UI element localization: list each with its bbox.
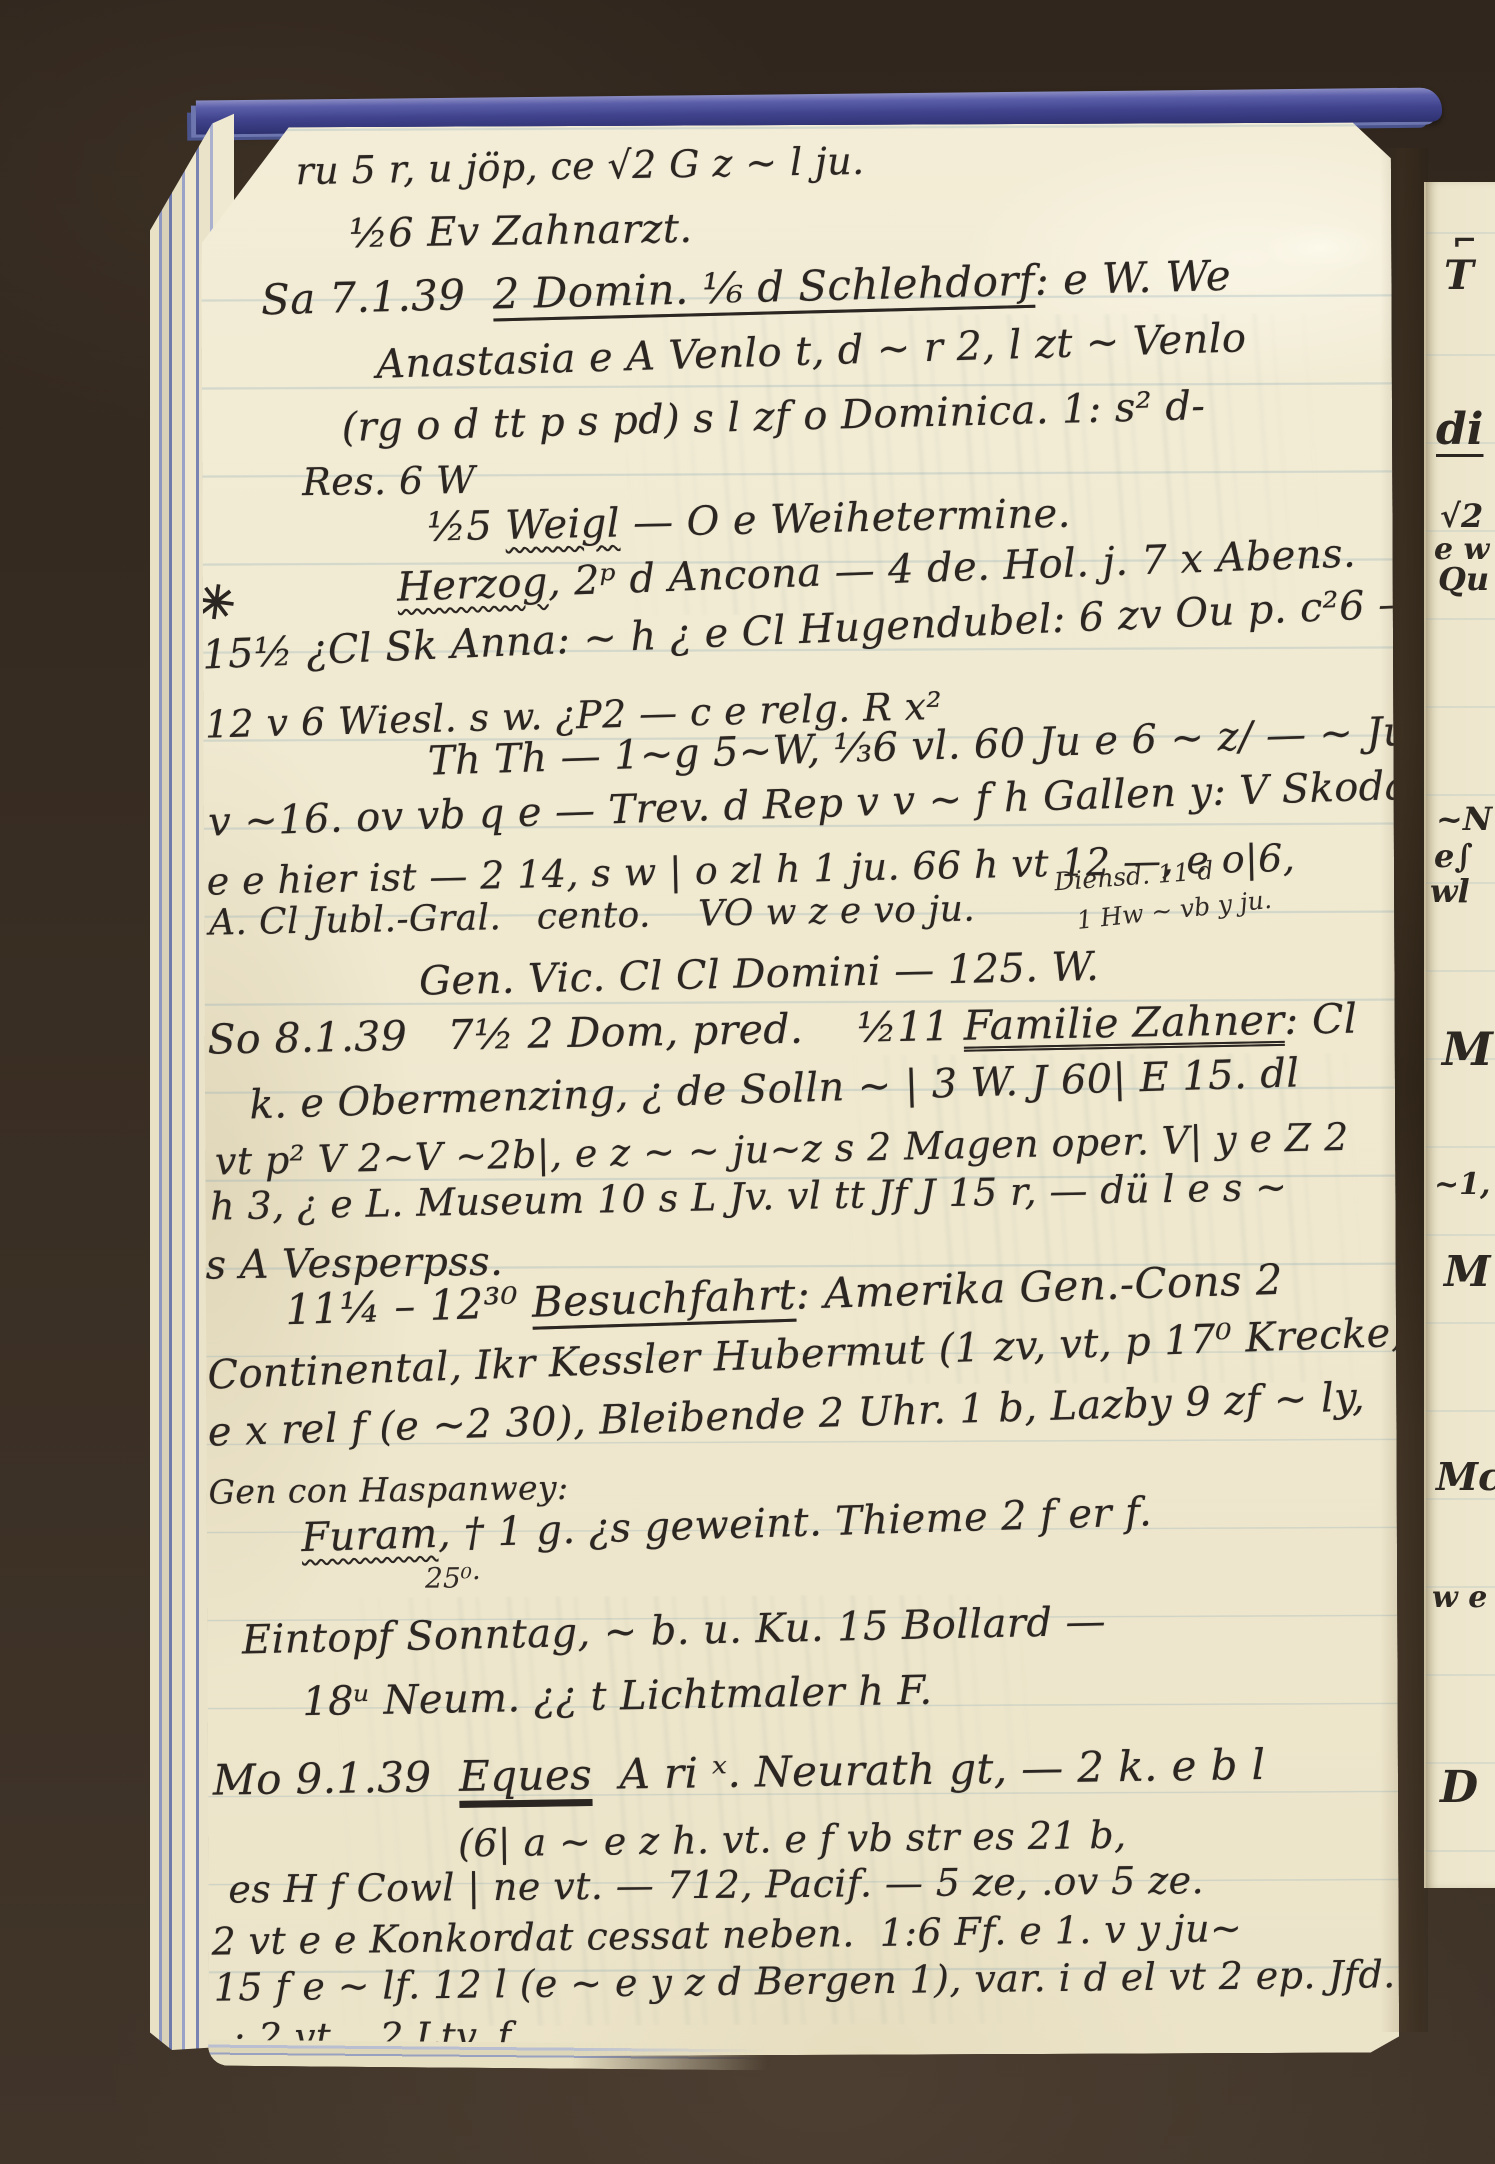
entry-date: Sa 7.1.39 [260, 269, 493, 324]
line-head: ½5 [427, 503, 506, 551]
entry-tail: A ri ˣ. Neurath gt, — 2 k. e b l [592, 1740, 1266, 1799]
facing-page-fragment: e∫ [1434, 837, 1473, 875]
underlined-heading: Familie Zahner [963, 996, 1285, 1050]
underlined-name: Herzog [396, 559, 548, 610]
diary-line: (6| a ~ e z h. vt. e f vb str es 21 b, [458, 1813, 1127, 1866]
diary-line: Res. 6 W [302, 458, 476, 504]
time-range: 11¼ – 12³⁰ [285, 1278, 533, 1335]
facing-page-fragment: M [1442, 1022, 1493, 1076]
facing-page-sliver: ⌐ T di √2 e w Qu ~N e∫ wl M ~1, M Mc w e… [1424, 182, 1495, 1888]
furam-time-note: 25⁰· [425, 1561, 481, 1594]
diary-page: ru 5 r, u jöp, ce √2 G z ~ l ju. ½6 Ev Z… [201, 122, 1399, 2057]
line-tail: — O e Weihetermine. [619, 491, 1071, 547]
page-gutter-shadow [1380, 148, 1428, 2032]
facing-page-fragment: T [1444, 252, 1474, 299]
facing-page-fragment: di [1436, 404, 1483, 455]
facing-page-fragment: D [1440, 1762, 1478, 1813]
paper-stain [1261, 222, 1381, 273]
underlined-name: Furam [301, 1511, 439, 1561]
facing-page-fragment: Qu [1438, 560, 1489, 598]
diary-line: ½6 Ev Zahnarzt. [349, 206, 693, 257]
underlined-heading: Besuchfahrt [531, 1270, 796, 1327]
facing-page-fragment: M [1444, 1247, 1491, 1296]
facing-page-fragment: wl [1430, 872, 1470, 910]
entry-tail: : e W. We [1034, 251, 1232, 305]
facing-page-fragment: Mc [1436, 1454, 1495, 1499]
diary-line: Gen con Haspanwey: [208, 1468, 568, 1512]
facing-page-fragment: ~1, [1434, 1167, 1490, 1202]
photographed-notebook-scene: ru 5 r, u jöp, ce √2 G z ~ l ju. ½6 Ev Z… [0, 0, 1495, 2164]
underlined-name: Weigl [505, 500, 621, 548]
facing-page-fragment: √2 [1440, 497, 1483, 535]
underlined-heading: Eques [459, 1750, 593, 1801]
entry-tail: : Cl [1284, 995, 1358, 1044]
facing-page-fragment: ~N [1436, 800, 1492, 838]
diary-line: es H f Cowl | ne vt. — 712, Pacif. — 5 z… [228, 1858, 1204, 1911]
facing-page-fragment: w e [1432, 1580, 1487, 1615]
entry-date: Mo 9.1.39 [212, 1752, 459, 1805]
bottom-page-stack-edges [208, 2040, 768, 2071]
